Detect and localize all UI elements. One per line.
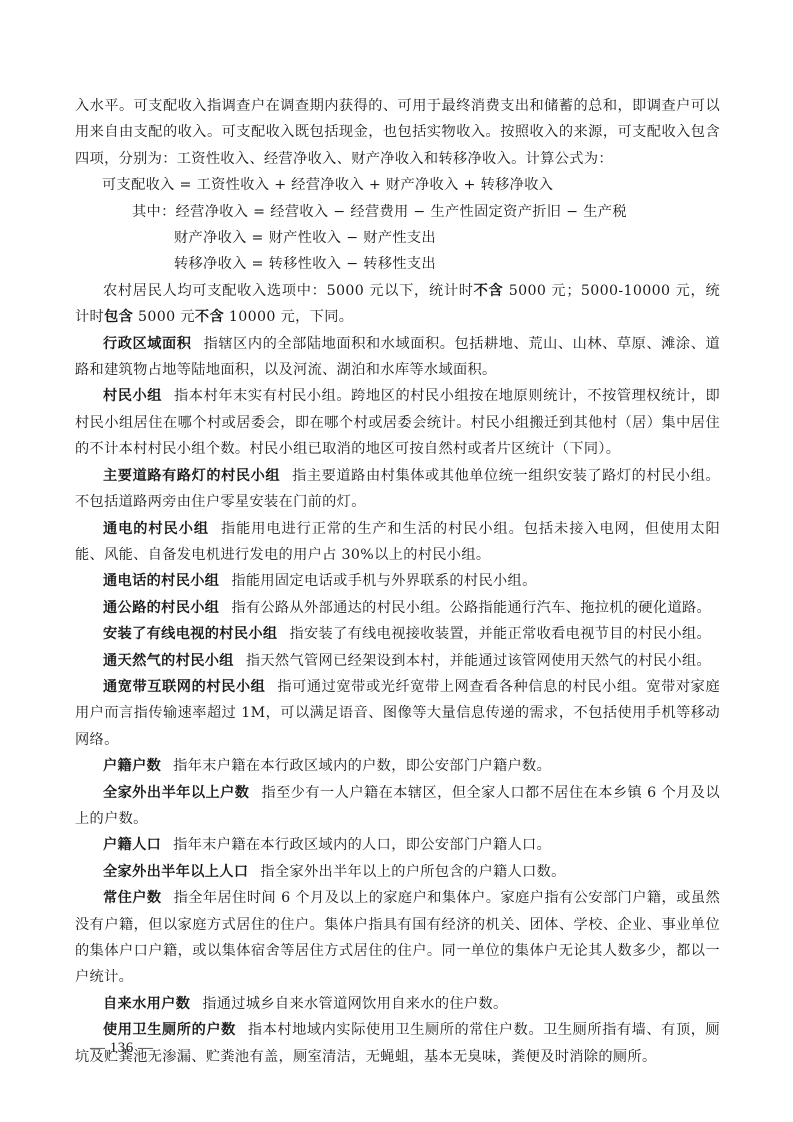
definition-text: 指本村年末实有村民小组。跨地区的村民小组按在地原则统计，不按管理权统计，即村民小… — [75, 388, 720, 457]
note-emphasis: 包含 — [104, 309, 133, 325]
definition-text: 指年末户籍在本行政区域内的人口，即公安部门户籍人口。 — [173, 837, 551, 853]
definition-term: 通公路的村民小组 — [103, 600, 219, 616]
definition-text: 指通过城乡自来水管道网饮用自来水的住户数。 — [202, 996, 507, 1012]
note-emphasis: 不含 — [474, 283, 504, 299]
formula-disposable-income: 可支配收入 = 工资性收入 + 经营净收入 + 财产净收入 + 转移净收入 — [75, 172, 720, 198]
definition-text: 指天然气管网已经架设到本村，并能通过该管网使用天然气的村民小组。 — [246, 653, 711, 669]
definition-term: 户籍户数 — [103, 758, 161, 774]
definition-admin-area: 行政区域面积指辖区内的全部陆地面积和水域面积。包括耕地、荒山、山林、草原、滩涂、… — [75, 331, 720, 384]
note-text: 农村居民人均可支配收入选项中：5000 元以下，统计时 — [103, 283, 474, 299]
definition-registered-households: 户籍户数指年末户籍在本行政区域内的户数，即公安部门户籍户数。 — [75, 753, 720, 779]
definition-term: 常住户数 — [103, 890, 162, 906]
definition-term: 主要道路有路灯的村民小组 — [103, 468, 280, 484]
definition-term: 通电话的村民小组 — [103, 573, 219, 589]
definition-term: 全家外出半年以上人口 — [103, 864, 248, 880]
definition-registered-population: 户籍人口指年末户籍在本行政区域内的人口，即公安部门户籍人口。 — [75, 832, 720, 858]
definition-text: 指安装了有线电视接收装置，并能正常收看电视节目的村民小组。 — [289, 626, 711, 642]
definition-term: 安装了有线电视的村民小组 — [103, 626, 277, 642]
note-text: 5000 元 — [133, 309, 195, 325]
note-emphasis: 不含 — [195, 309, 224, 325]
note-text: 10000 元，下同。 — [224, 309, 353, 325]
income-option-note: 农村居民人均可支配收入选项中：5000 元以下，统计时不含 5000 元；500… — [75, 278, 720, 331]
definition-term: 自来水用户数 — [103, 996, 190, 1012]
definition-electricity-group: 通电的村民小组指能用电进行正常的生产和生活的村民小组。包括未接入电网，但使用太阳… — [75, 516, 720, 569]
definition-term: 全家外出半年以上户数 — [103, 785, 249, 801]
page-number: — 136 — — [90, 1040, 154, 1057]
formula-transfer-net-income: 转移净收入 = 转移性收入 − 转移性支出 — [75, 251, 720, 277]
definition-resident-households: 常住户数指全年居住时间 6 个月及以上的家庭户和集体户。家庭户指有公安部门户籍，… — [75, 885, 720, 991]
definition-broadband-group: 通宽带互联网的村民小组指可通过宽带或光纤宽带上网查看各种信息的村民小组。宽带对家… — [75, 674, 720, 753]
definition-tap-water-households: 自来水用户数指通过城乡自来水管道网饮用自来水的住户数。 — [75, 991, 720, 1017]
definition-term: 行政区域面积 — [103, 336, 192, 352]
definition-text: 指全家外出半年以上的户所包含的户籍人口数。 — [260, 864, 565, 880]
definition-text: 指有公路从外部通达的村民小组。公路指能通行汽车、拖拉机的硬化道路。 — [231, 600, 711, 616]
definition-natural-gas-group: 通天然气的村民小组指天然气管网已经架设到本村，并能通过该管网使用天然气的村民小组… — [75, 648, 720, 674]
intro-paragraph: 入水平。可支配收入指调查户在调查期内获得的、可用于最终消费支出和储蓄的总和，即调… — [75, 93, 720, 172]
definition-text: 指能用固定电话或手机与外界联系的村民小组。 — [231, 573, 536, 589]
definition-term: 通宽带互联网的村民小组 — [103, 679, 265, 695]
definition-text: 指全年居住时间 6 个月及以上的家庭户和集体户。家庭户指有公安部门户籍，或虽然没… — [75, 890, 720, 985]
definition-telephone-group: 通电话的村民小组指能用固定电话或手机与外界联系的村民小组。 — [75, 568, 720, 594]
document-body: 入水平。可支配收入指调查户在调查期内获得的、可用于最终消费支出和储蓄的总和，即调… — [75, 93, 720, 1070]
definition-population-away: 全家外出半年以上人口指全家外出半年以上的户所包含的户籍人口数。 — [75, 859, 720, 885]
definition-term: 通电的村民小组 — [103, 521, 209, 537]
definition-cable-tv-group: 安装了有线电视的村民小组指安装了有线电视接收装置，并能正常收看电视节目的村民小组… — [75, 621, 720, 647]
definition-streetlight-group: 主要道路有路灯的村民小组指主要道路由村集体或其他单位统一组织安装了路灯的村民小组… — [75, 463, 720, 516]
definition-term: 村民小组 — [103, 388, 162, 404]
definition-text: 指年末户籍在本行政区域内的户数，即公安部门户籍户数。 — [173, 758, 551, 774]
definition-villager-group: 村民小组指本村年末实有村民小组。跨地区的村民小组按在地原则统计，不按管理权统计，… — [75, 383, 720, 462]
definition-term: 使用卫生厕所的户数 — [103, 1022, 236, 1038]
definition-households-away: 全家外出半年以上户数指至少有一人户籍在本辖区，但全家人口都不居住在本乡镇 6 个… — [75, 780, 720, 833]
definition-sanitary-toilet-households: 使用卫生厕所的户数指本村地域内实际使用卫生厕所的常住户数。卫生厕所指有墙、有顶，… — [75, 1017, 720, 1070]
formula-property-net-income: 财产净收入 = 财产性收入 − 财产性支出 — [75, 225, 720, 251]
formula-operating-net-income: 其中：经营净收入 = 经营收入 − 经营费用 − 生产性固定资产折旧 − 生产税 — [75, 199, 720, 225]
definition-road-group: 通公路的村民小组指有公路从外部通达的村民小组。公路指能通行汽车、拖拉机的硬化道路… — [75, 595, 720, 621]
definition-term: 通天然气的村民小组 — [103, 653, 234, 669]
definition-term: 户籍人口 — [103, 837, 161, 853]
